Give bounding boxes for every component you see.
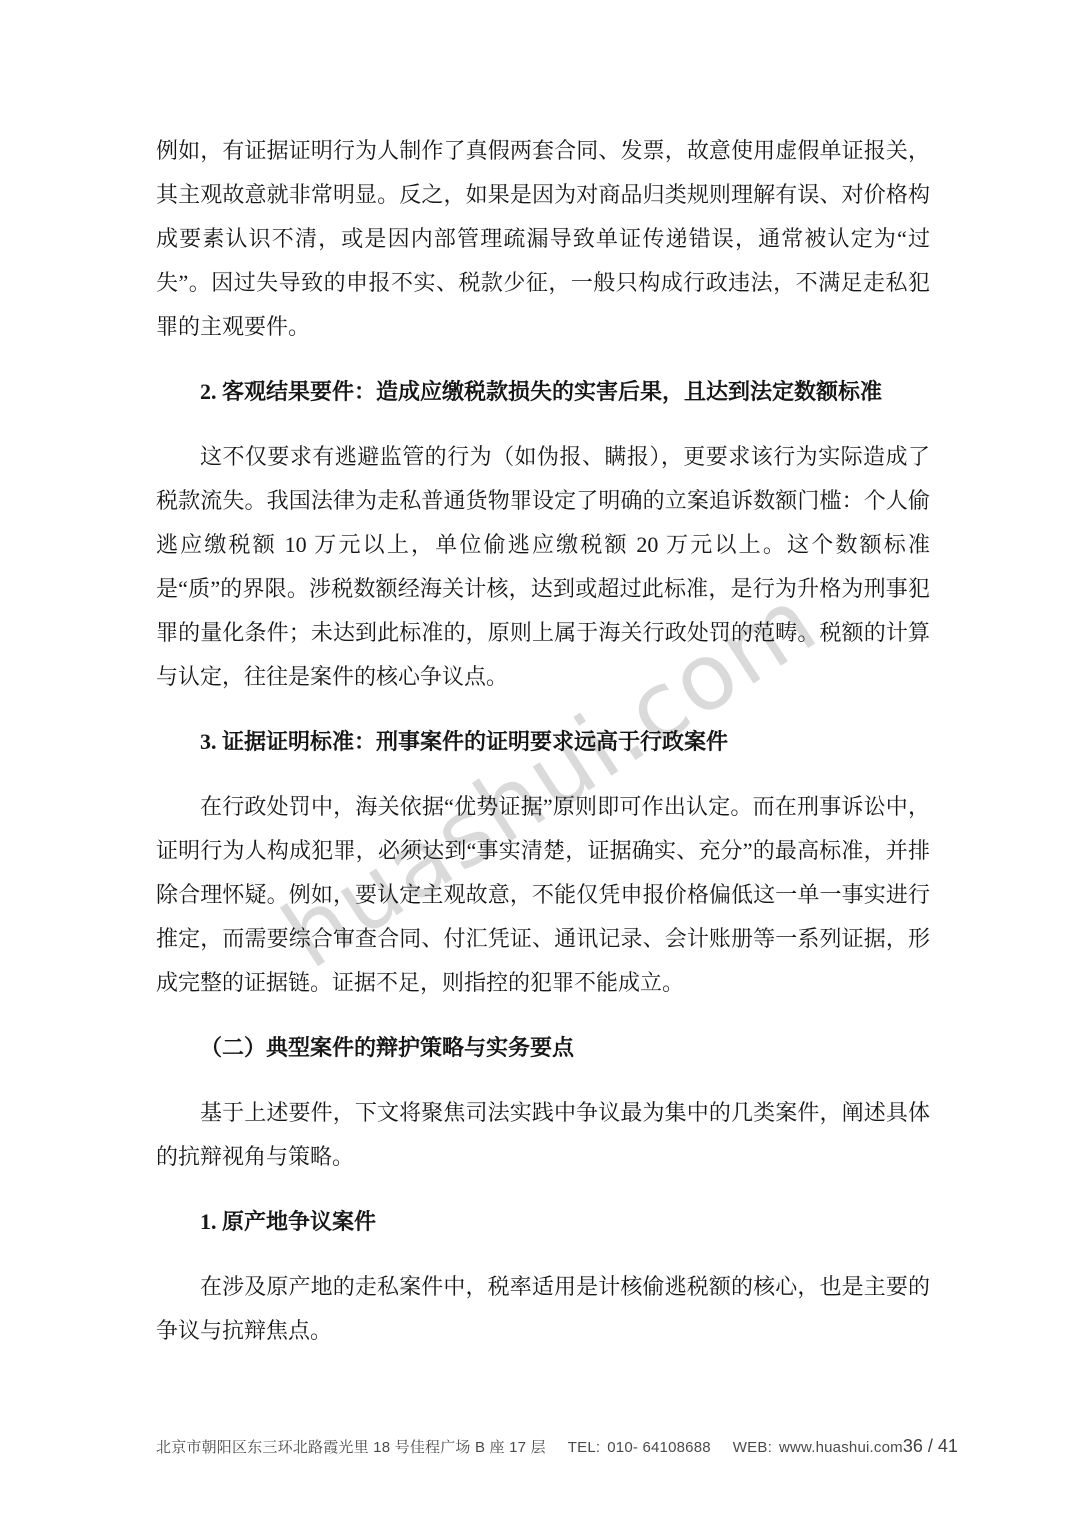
- heading-defense-strategies: （二）典型案件的辩护策略与实务要点: [156, 1026, 930, 1070]
- heading-evidence-standard: 3. 证据证明标准：刑事案件的证明要求远高于行政案件: [156, 720, 930, 764]
- paragraph-origin-dispute-intro: 在涉及原产地的走私案件中，税率适用是计核偷逃税额的核心，也是主要的争议与抗辩焦点…: [156, 1265, 930, 1353]
- paragraph-subjective-intent: 例如，有证据证明行为人制作了真假两套合同、发票，故意使用虚假单证报关，其主观故意…: [156, 129, 930, 349]
- document-body: 例如，有证据证明行为人制作了真假两套合同、发票，故意使用虚假单证报关，其主观故意…: [156, 129, 930, 1374]
- footer-web-label: WEB:: [733, 1439, 772, 1456]
- paragraph-focus-cases: 基于上述要件，下文将聚焦司法实践中争议最为集中的几类案件，阐述具体的抗辩视角与策…: [156, 1091, 930, 1179]
- document-page: huashui.com 例如，有证据证明行为人制作了真假两套合同、发票，故意使用…: [0, 0, 1080, 1528]
- footer-tel-number: 010- 64108688: [607, 1439, 711, 1456]
- footer-address: 北京市朝阳区东三环北路霞光里 18 号佳程广场 B 座 17 层: [156, 1439, 546, 1456]
- heading-objective-result-element: 2. 客观结果要件：造成应缴税款损失的实害后果，且达到法定数额标准: [156, 370, 930, 414]
- footer-tel-label: TEL:: [568, 1439, 600, 1456]
- paragraph-tax-loss-threshold: 这不仅要求有逃避监管的行为（如伪报、瞒报），更要求该行为实际造成了税款流失。我国…: [156, 435, 930, 699]
- page-number: 36 / 41: [903, 1436, 958, 1457]
- heading-origin-dispute-cases: 1. 原产地争议案件: [156, 1200, 930, 1244]
- paragraph-proof-standard: 在行政处罚中，海关依据“优势证据”原则即可作出认定。而在刑事诉讼中，证明行为人构…: [156, 785, 930, 1005]
- footer-contact-info: 北京市朝阳区东三环北路霞光里 18 号佳程广场 B 座 17 层TEL:010-…: [156, 1436, 903, 1457]
- page-footer: 北京市朝阳区东三环北路霞光里 18 号佳程广场 B 座 17 层TEL:010-…: [156, 1436, 930, 1457]
- footer-web-url: www.huashui.com: [779, 1439, 903, 1456]
